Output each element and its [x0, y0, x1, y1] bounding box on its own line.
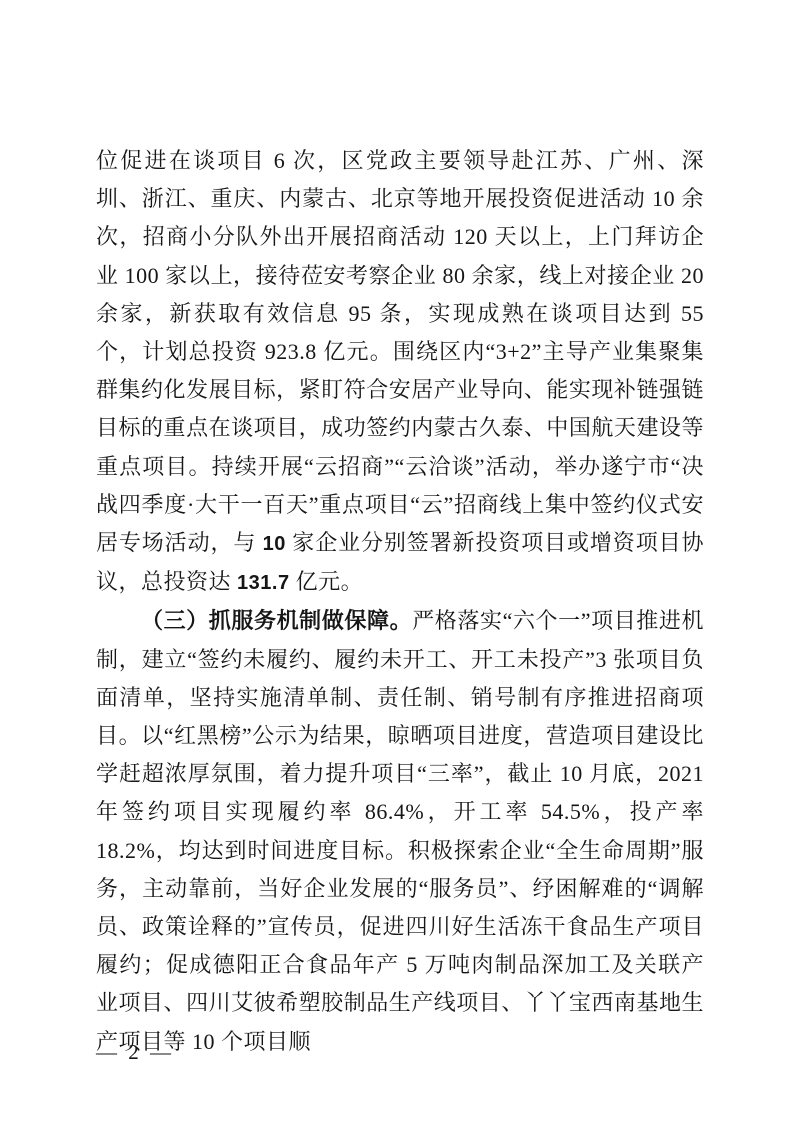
paragraph: （三）抓服务机制做保障。严格落实“六个一”项目推进机制，建立“签约未履约、履约未…	[96, 602, 704, 1060]
paragraph-text: 严格落实“六个一”项目推进机制，建立“签约未履约、履约未开工、开工未投产”3 张…	[96, 608, 704, 1053]
page-number-footer: — 2 —	[96, 1040, 174, 1065]
document-body: 位促进在谈项目 6 次，区党政主要领导赴江苏、广州、深圳、浙江、重庆、内蒙古、北…	[96, 142, 704, 1061]
paragraph: 位促进在谈项目 6 次，区党政主要领导赴江苏、广州、深圳、浙江、重庆、内蒙古、北…	[96, 142, 704, 602]
document-page: 位促进在谈项目 6 次，区党政主要领导赴江苏、广州、深圳、浙江、重庆、内蒙古、北…	[0, 0, 793, 1122]
paragraph-text: 位促进在谈项目 6 次，区党政主要领导赴江苏、广州、深圳、浙江、重庆、内蒙古、北…	[96, 148, 704, 555]
paragraph-text: 10	[263, 533, 286, 555]
paragraph-heading-text: （三）抓服务机制做保障。	[141, 608, 412, 633]
paragraph-text: 亿元。	[290, 569, 364, 594]
paragraph-text: 131.7	[237, 572, 290, 594]
page-number: — 2 —	[96, 1040, 174, 1064]
